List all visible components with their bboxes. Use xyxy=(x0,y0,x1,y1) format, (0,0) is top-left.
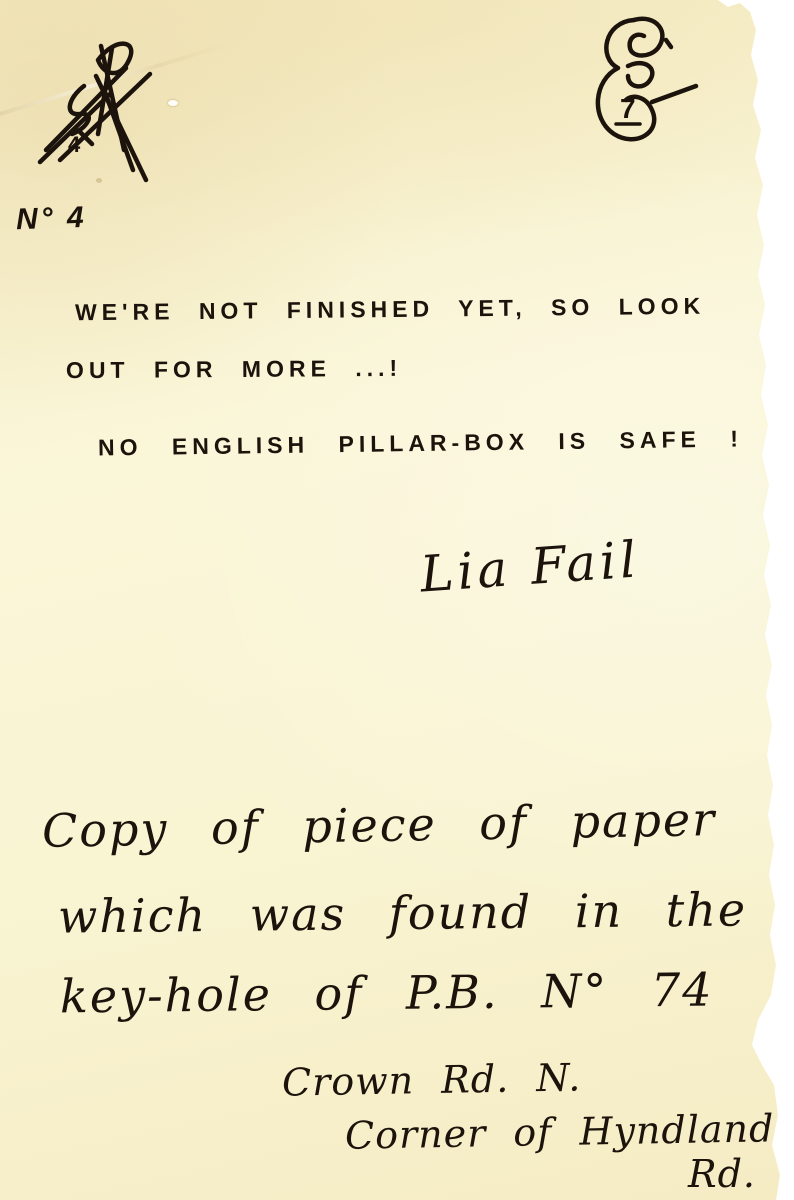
annotation-address-line-2: Corner of Hyndland xyxy=(345,1106,775,1157)
annotation-address-line-3: Rd. xyxy=(688,1152,756,1196)
scribble-number-4: 4 xyxy=(68,132,81,157)
message-line-3: NO ENGLISH PILLAR-BOX IS SAFE ! xyxy=(98,425,743,461)
scribble-number-7: 7 xyxy=(620,93,636,124)
annotation-line-1: Copy of piece of paper xyxy=(42,792,717,858)
note-number-label: N° 4 xyxy=(15,201,87,237)
paper-blemish xyxy=(168,100,178,106)
scanned-document: 4 7 N° 4 WE'RE NOT FINISHED YET, SO LOOK… xyxy=(0,0,794,1200)
crossed-out-scribble-icon: 4 xyxy=(38,30,158,185)
annotation-line-2: which was found in the xyxy=(58,882,748,943)
message-line-2: OUT FOR MORE ...! xyxy=(66,355,402,384)
annotation-address-line-1: Crown Rd. N. xyxy=(282,1055,582,1104)
looped-scrawl-icon: 7 xyxy=(572,6,707,156)
paper-sheet: 4 7 N° 4 WE'RE NOT FINISHED YET, SO LOOK… xyxy=(0,0,794,1200)
signature: Lia Fail xyxy=(418,530,642,603)
annotation-line-3: key-hole of P.B. N° 74 xyxy=(60,963,714,1024)
message-line-1: WE'RE NOT FINISHED YET, SO LOOK xyxy=(75,293,705,327)
